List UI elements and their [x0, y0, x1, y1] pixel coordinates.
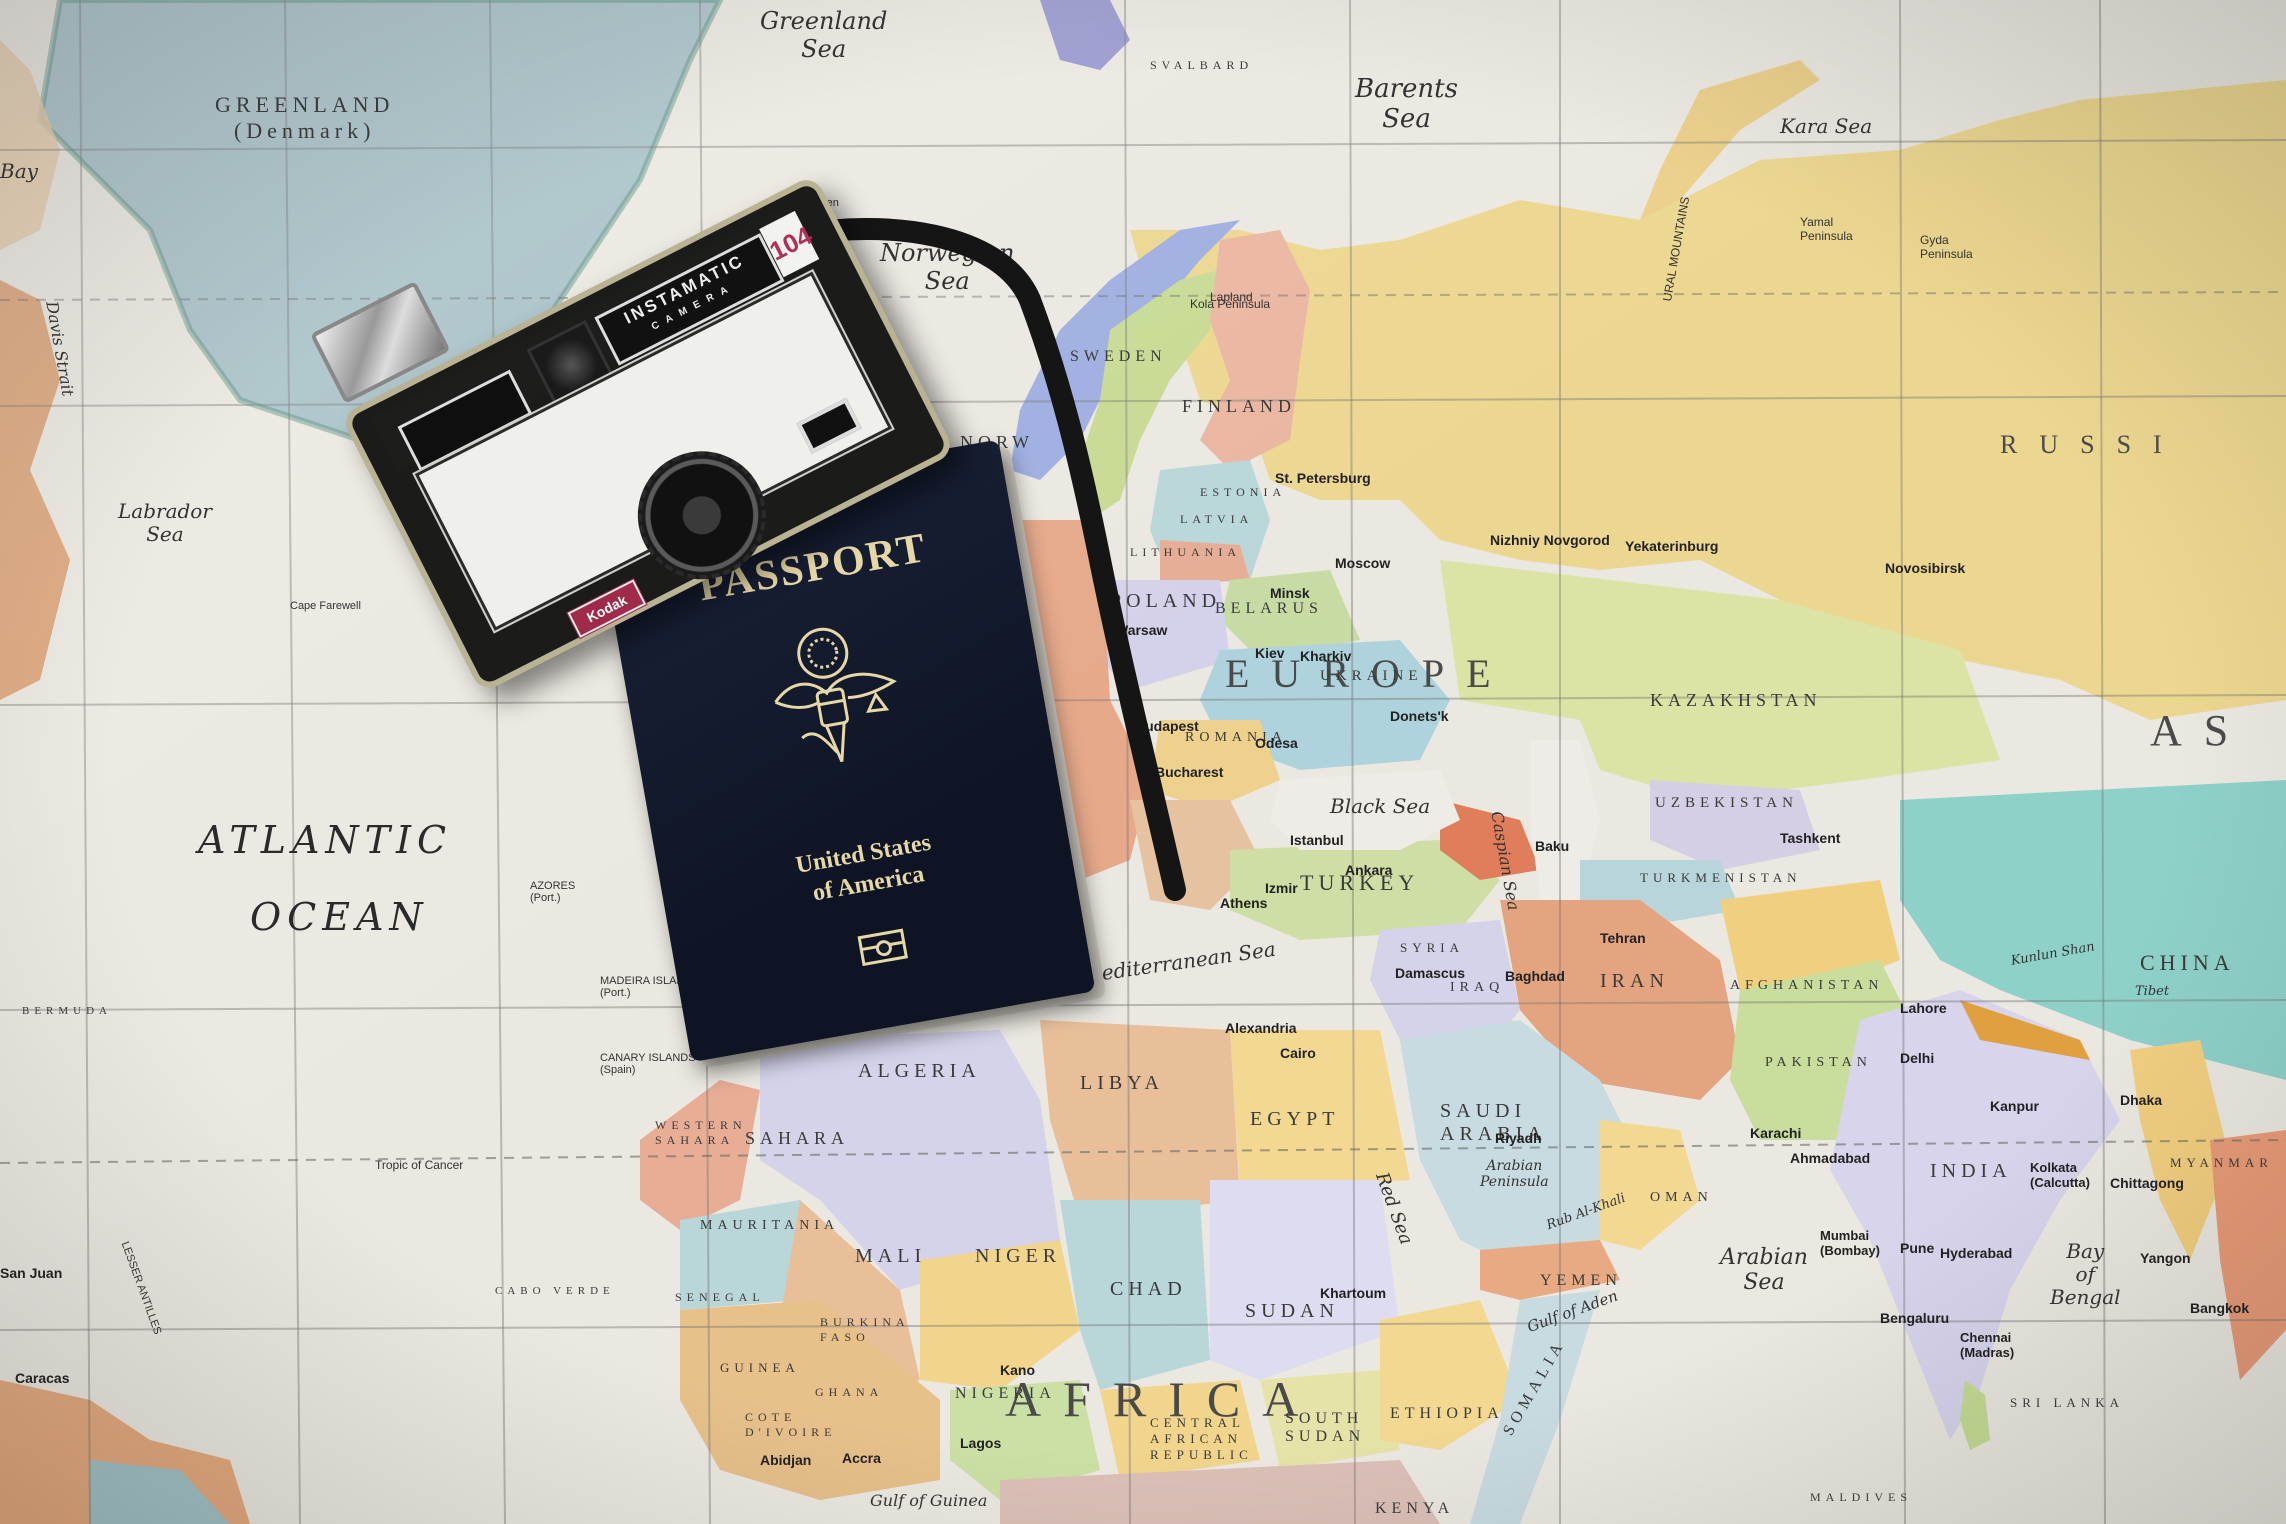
region-label-greenland: GREENLAND (Denmark) [215, 92, 394, 145]
country-label-nigeria: NIGERIA [955, 1385, 1056, 1403]
city-label-warsaw: Warsaw [1115, 622, 1167, 638]
feature-label-gyda: Gyda Peninsula [1920, 233, 1973, 261]
city-label-karachi: Karachi [1750, 1125, 1801, 1141]
country-label-myanmar: MYANMAR [2170, 1155, 2273, 1171]
sea-label-baffin-bay: Bay [0, 160, 38, 183]
city-label-mumbai: Mumbai (Bombay) [1820, 1228, 1880, 1258]
city-label-accra: Accra [842, 1450, 881, 1466]
country-label-ukraine: UKRAINE [1320, 668, 1423, 685]
country-label-afghanistan: AFGHANISTAN [1730, 978, 1883, 994]
country-label-mauritania: MAURITANIA [700, 1218, 839, 1234]
city-label-lagos: Lagos [960, 1435, 1001, 1451]
city-label-tashkent: Tashkent [1780, 830, 1840, 846]
country-label-mali: MALI [855, 1245, 926, 1268]
feature-label-lapland: Lapland [1210, 290, 1253, 304]
city-label-budapest: Budapest [1135, 718, 1199, 734]
country-label-india: INDIA [1930, 1160, 2012, 1183]
feature-label-sahara: SAHARA [745, 1128, 849, 1149]
sea-label-gulf-of-guinea: Gulf of Guinea [870, 1492, 987, 1510]
city-label-bengaluru: Bengaluru [1880, 1310, 1949, 1326]
city-label-ankara: Ankara [1345, 862, 1392, 878]
city-label-kiev: Kiev [1255, 645, 1285, 661]
city-label-damascus: Damascus [1395, 965, 1465, 981]
country-label-turkmenistan: TURKMENISTAN [1640, 870, 1802, 886]
country-label-svalbard: SVALBARD [1150, 58, 1253, 73]
camera-lens-icon [616, 429, 788, 601]
city-label-alexandria: Alexandria [1225, 1020, 1297, 1036]
country-label-yemen: YEMEN [1540, 1272, 1622, 1290]
city-label-ahmadabad: Ahmadabad [1790, 1150, 1870, 1166]
city-label-moscow: Moscow [1335, 555, 1390, 571]
country-label-pakistan: PAKISTAN [1765, 1055, 1872, 1071]
city-label-donetsk: Donets'k [1390, 708, 1449, 724]
country-label-western-sahara: WESTERN SAHARA [655, 1118, 747, 1148]
country-label-bermuda: BERMUDA [22, 1005, 112, 1017]
city-label-san-juan: San Juan [0, 1265, 62, 1281]
country-label-iran: IRAN [1600, 970, 1669, 993]
biometric-chip-icon [858, 929, 909, 967]
feature-label-tibet: Tibet [2135, 985, 2169, 1000]
city-label-kanpur: Kanpur [1990, 1098, 2039, 1114]
city-label-yekaterinburg: Yekaterinburg [1625, 538, 1718, 554]
country-label-libya: LIBYA [1080, 1072, 1164, 1095]
country-label-burkina-faso: BURKINA FASO [820, 1315, 910, 1345]
city-label-odesa: Odesa [1255, 735, 1298, 751]
camera-brand-badge: Kodak [568, 579, 647, 638]
sea-label-barents-sea: Barents Sea [1355, 75, 1458, 135]
country-label-syria: SYRIA [1400, 940, 1464, 956]
country-label-central-african-republic: CENTRAL AFRICAN REPUBLIC [1150, 1415, 1253, 1463]
country-label-cote-divoire: COTE D'IVOIRE [745, 1410, 837, 1440]
city-label-minsk: Minsk [1270, 585, 1310, 601]
city-label-hyderabad: Hyderabad [1940, 1245, 2012, 1261]
city-label-riyadh: Riyadh [1495, 1130, 1542, 1146]
country-label-oman: OMAN [1650, 1190, 1713, 1206]
shutter-button[interactable] [796, 398, 861, 454]
country-label-ethiopia: ETHIOPIA [1390, 1405, 1504, 1423]
country-label-poland: POLAND [1110, 590, 1221, 613]
country-label-belarus: BELARUS [1215, 600, 1323, 618]
feature-label-canary: CANARY ISLANDS (Spain) [600, 1052, 696, 1076]
feature-label-yamal: Yamal Peninsula [1800, 215, 1853, 243]
country-label-cabo-verde: CABO VERDE [495, 1285, 615, 1297]
country-label-uzbekistan: UZBEKISTAN [1655, 795, 1798, 812]
city-label-bucharest: Bucharest [1155, 764, 1223, 780]
city-label-kolkata: Kolkata (Calcutta) [2030, 1160, 2090, 1190]
eagle-seal-icon [754, 611, 918, 783]
country-label-kazakhstan: KAZAKHSTAN [1650, 690, 1822, 711]
country-label-sweden: SWEDEN [1070, 348, 1167, 366]
feature-label-tropic: Tropic of Cancer [375, 1158, 463, 1172]
city-label-pune: Pune [1900, 1240, 1934, 1256]
country-label-senegal: SENEGAL [675, 1290, 765, 1305]
country-label-lithuania: LITHUANIA [1130, 545, 1241, 560]
city-label-bangkok: Bangkok [2190, 1300, 2249, 1316]
city-label-istanbul: Istanbul [1290, 832, 1344, 848]
country-label-south-sudan: SOUTH SUDAN [1285, 1410, 1365, 1446]
country-label-china: CHINA [2140, 950, 2235, 976]
region-label-russia: RUSSI [2000, 430, 2184, 460]
city-label-khartoum: Khartoum [1320, 1285, 1386, 1301]
city-label-lahore: Lahore [1900, 1000, 1947, 1016]
country-label-iraq: IRAQ [1450, 980, 1504, 996]
country-label-latvia: LATVIA [1180, 512, 1253, 527]
feature-label-azores: AZORES (Port.) [530, 880, 575, 904]
city-label-kharkiv: Kharkiv [1300, 648, 1351, 664]
feature-label-cape-farewell: Cape Farewell [290, 600, 361, 612]
ocean-label-atlantic-1: ATLANTIC [198, 818, 452, 862]
city-label-st-petersburg: St. Petersburg [1275, 470, 1371, 486]
sea-label-arabian-sea: Arabian Sea [1720, 1245, 1808, 1296]
sea-label-bay-of-bengal: Bay of Bengal [2050, 1240, 2121, 1309]
city-label-dhaka: Dhaka [2120, 1092, 2162, 1108]
ocean-label-atlantic-2: OCEAN [250, 895, 429, 939]
country-label-ghana: GHANA [815, 1385, 883, 1400]
city-label-yangon: Yangon [2140, 1250, 2191, 1266]
country-label-sudan: SUDAN [1245, 1300, 1339, 1323]
country-label-maldives: MALDIVES [1810, 1490, 1912, 1505]
city-label-chennai: Chennai (Madras) [1960, 1330, 2014, 1360]
country-label-estonia: ESTONIA [1200, 485, 1286, 500]
country-label-kenya: KENYA [1375, 1500, 1454, 1518]
country-label-chad: CHAD [1110, 1278, 1187, 1301]
country-label-egypt: EGYPT [1250, 1108, 1339, 1131]
city-label-izmir: Izmir [1265, 880, 1298, 896]
city-label-novosibirsk: Novosibirsk [1885, 560, 1965, 576]
country-label-guinea: GUINEA [720, 1360, 800, 1376]
sea-label-black-sea: Black Sea [1330, 795, 1430, 818]
sea-label-kara-sea: Kara Sea [1780, 115, 1872, 138]
city-label-nizhniy-novgorod: Nizhniy Novgorod [1490, 532, 1610, 548]
photo-scene: ATLANTICOCEANGreenland SeaBarents SeaKar… [0, 0, 2286, 1524]
city-label-chittagong: Chittagong [2110, 1175, 2184, 1191]
city-label-baghdad: Baghdad [1505, 968, 1565, 984]
sea-label-labrador-sea: Labrador Sea [118, 500, 212, 546]
country-label-sri-lanka: SRI LANKA [2010, 1395, 2124, 1411]
city-label-kano: Kano [1000, 1362, 1035, 1378]
sea-label-greenland-sea: Greenland Sea [760, 8, 887, 63]
feature-label-arabian-peninsula: Arabian Peninsula [1480, 1158, 1549, 1190]
city-label-baku: Baku [1535, 838, 1569, 854]
passport-country: United States of America [659, 804, 1073, 934]
city-label-caracas: Caracas [15, 1370, 70, 1386]
country-label-niger: NIGER [975, 1245, 1061, 1268]
city-label-tehran: Tehran [1600, 930, 1646, 946]
city-label-abidjan: Abidjan [760, 1452, 811, 1468]
country-label-algeria: ALGERIA [858, 1060, 981, 1083]
city-label-delhi: Delhi [1900, 1050, 1934, 1066]
country-label-finland: FINLAND [1182, 396, 1296, 417]
city-label-athens: Athens [1220, 895, 1267, 911]
region-label-asia: AS [2150, 705, 2250, 756]
city-label-cairo: Cairo [1280, 1045, 1316, 1061]
